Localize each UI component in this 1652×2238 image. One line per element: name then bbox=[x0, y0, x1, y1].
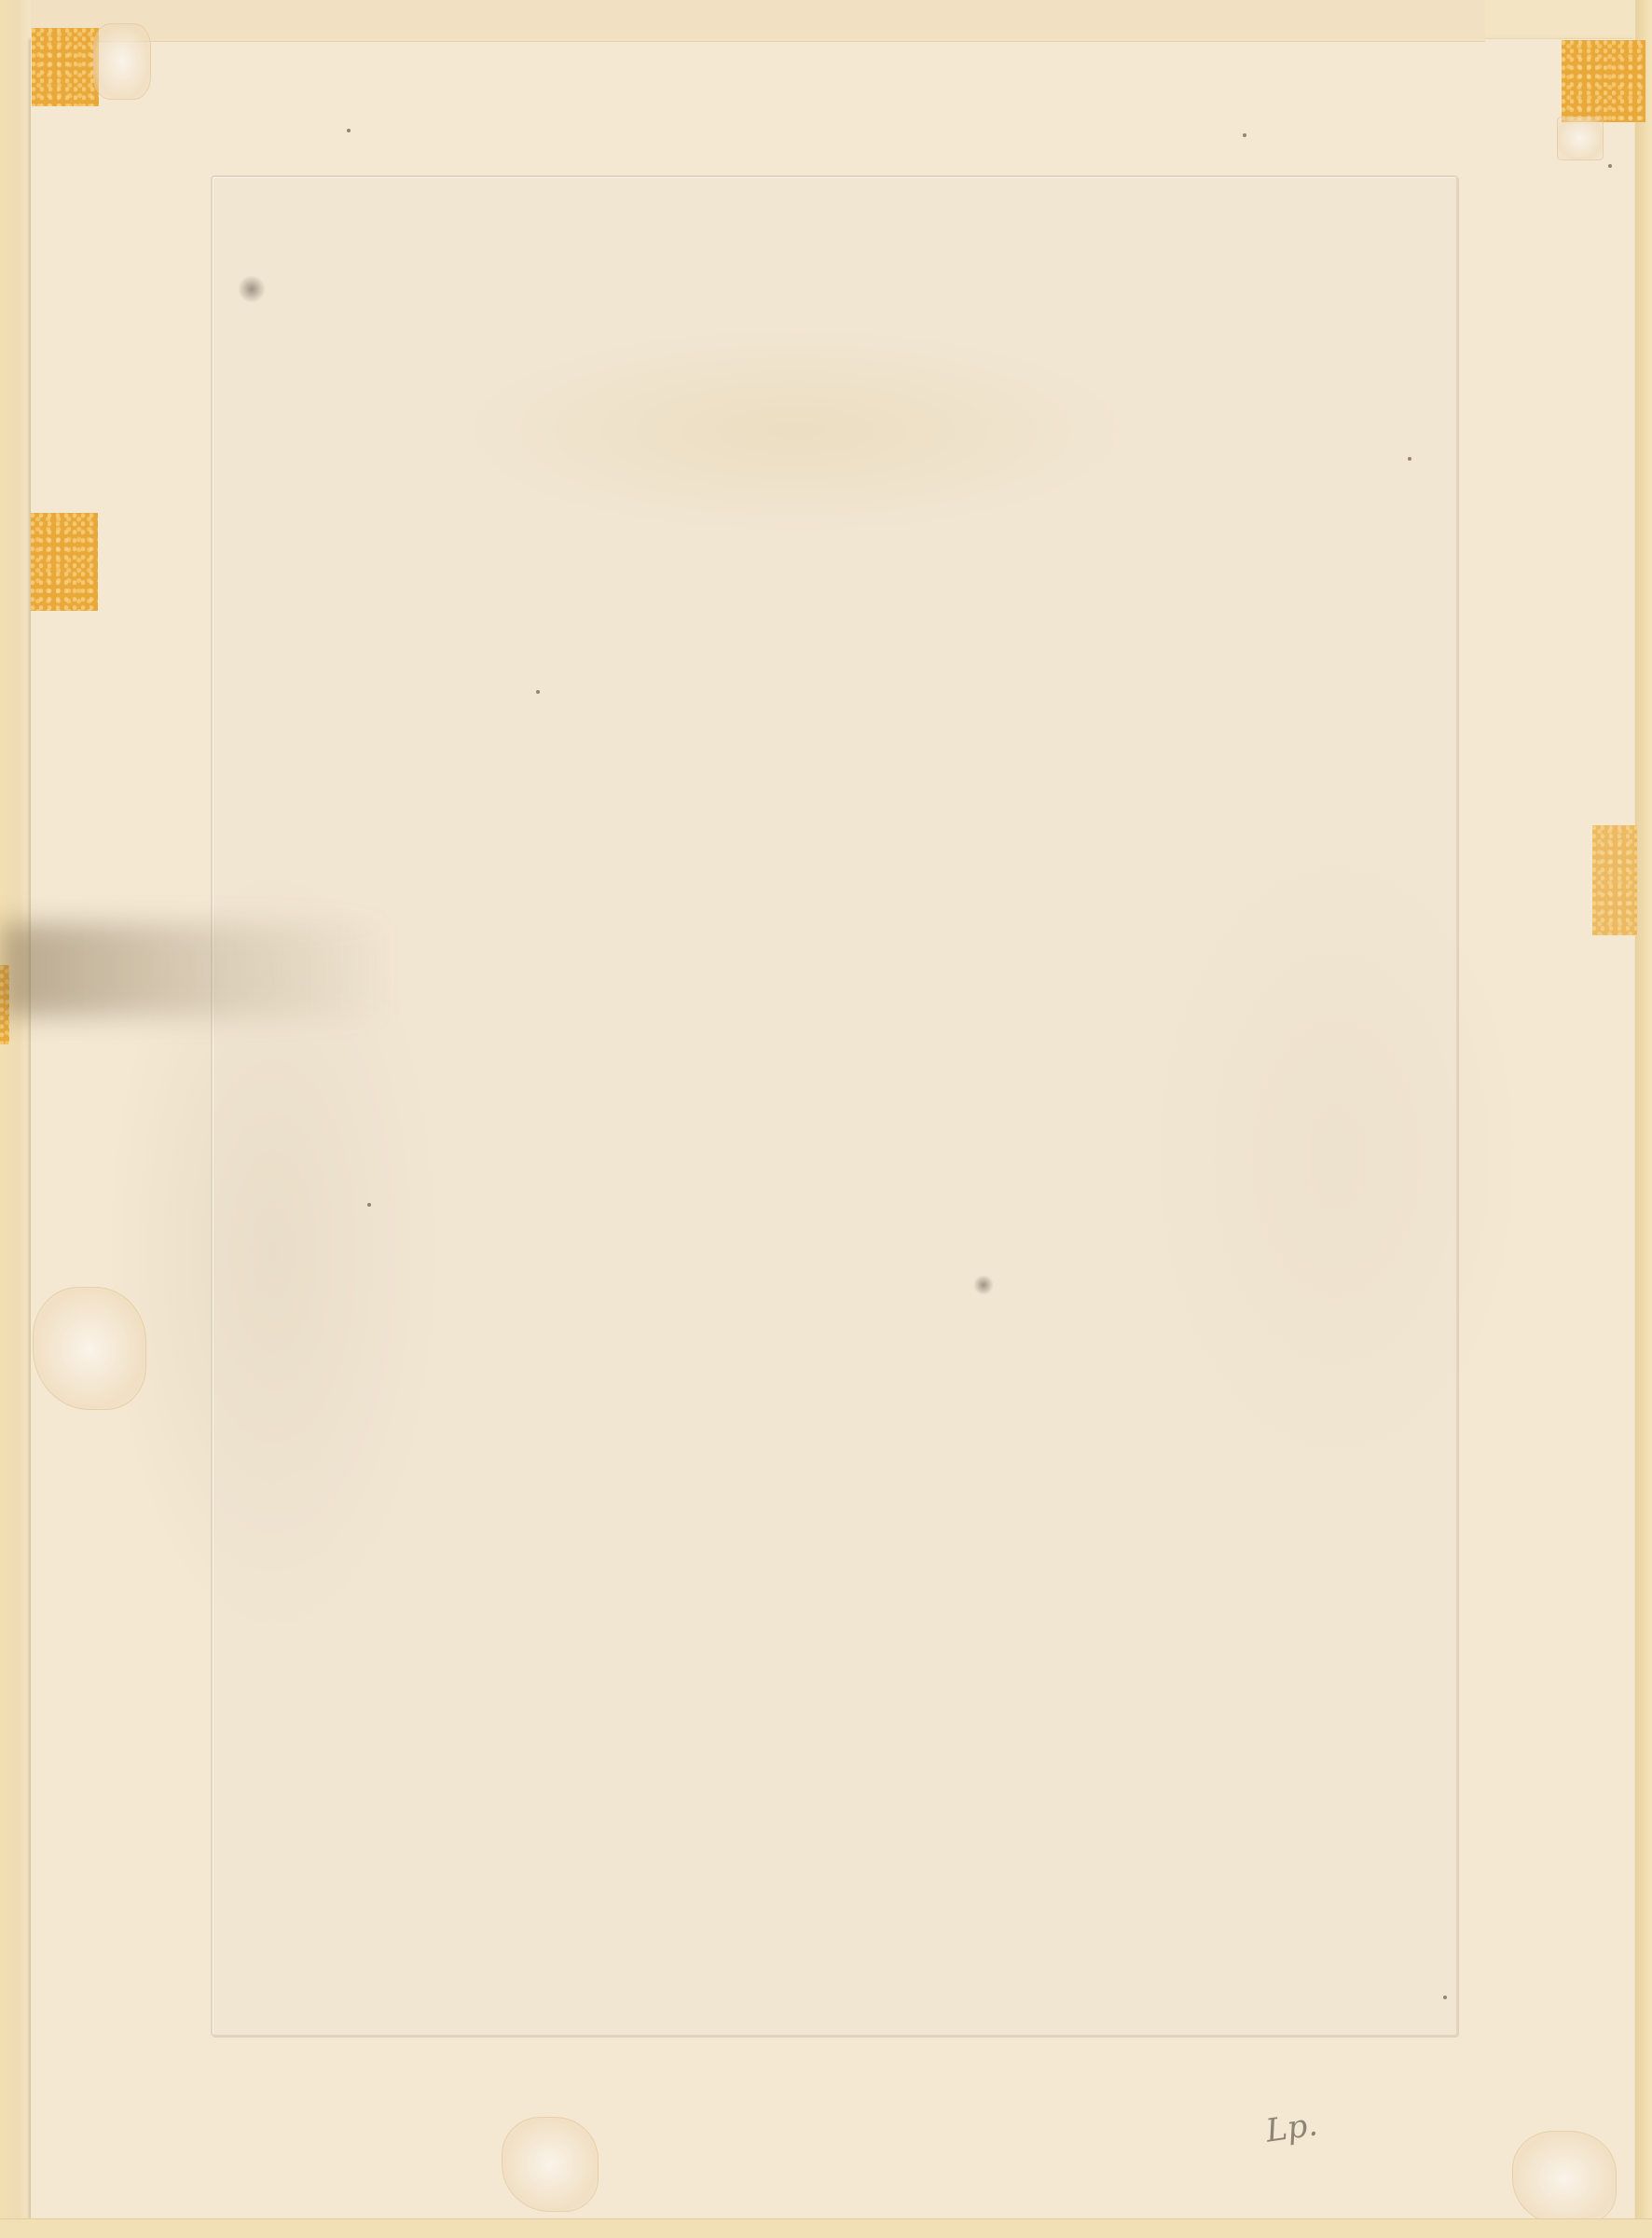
speck bbox=[536, 690, 540, 694]
shadow-band bbox=[0, 923, 392, 1016]
tape-hinge-left-middle bbox=[31, 513, 98, 611]
tape-hinge-top-left bbox=[32, 28, 99, 106]
smudge bbox=[973, 1275, 994, 1295]
speck bbox=[347, 129, 351, 132]
plate-mark bbox=[211, 175, 1458, 2037]
photo-scene: Lp. bbox=[0, 0, 1652, 2238]
tape-residue-left-lower bbox=[33, 1287, 146, 1410]
tape-hinge-top-right bbox=[1562, 40, 1645, 122]
speck bbox=[367, 1203, 371, 1207]
pencil-inscription: Lp. bbox=[1263, 2106, 1319, 2149]
tape-residue-bottom-center bbox=[502, 2117, 599, 2212]
tape-hinge-right-middle bbox=[1592, 825, 1637, 935]
speck bbox=[1408, 457, 1411, 461]
speck bbox=[1608, 164, 1612, 168]
mount-board-right bbox=[1635, 0, 1652, 2238]
speck bbox=[1243, 133, 1246, 137]
mount-board-bottom bbox=[0, 2218, 1652, 2238]
tape-residue-top-right bbox=[1557, 117, 1604, 160]
sheet-top-edge bbox=[31, 0, 1485, 42]
tape-residue-bottom-right bbox=[1512, 2131, 1617, 2226]
smudge bbox=[238, 275, 266, 303]
tape-residue-top-left bbox=[93, 23, 151, 100]
speck bbox=[1443, 1996, 1447, 1999]
